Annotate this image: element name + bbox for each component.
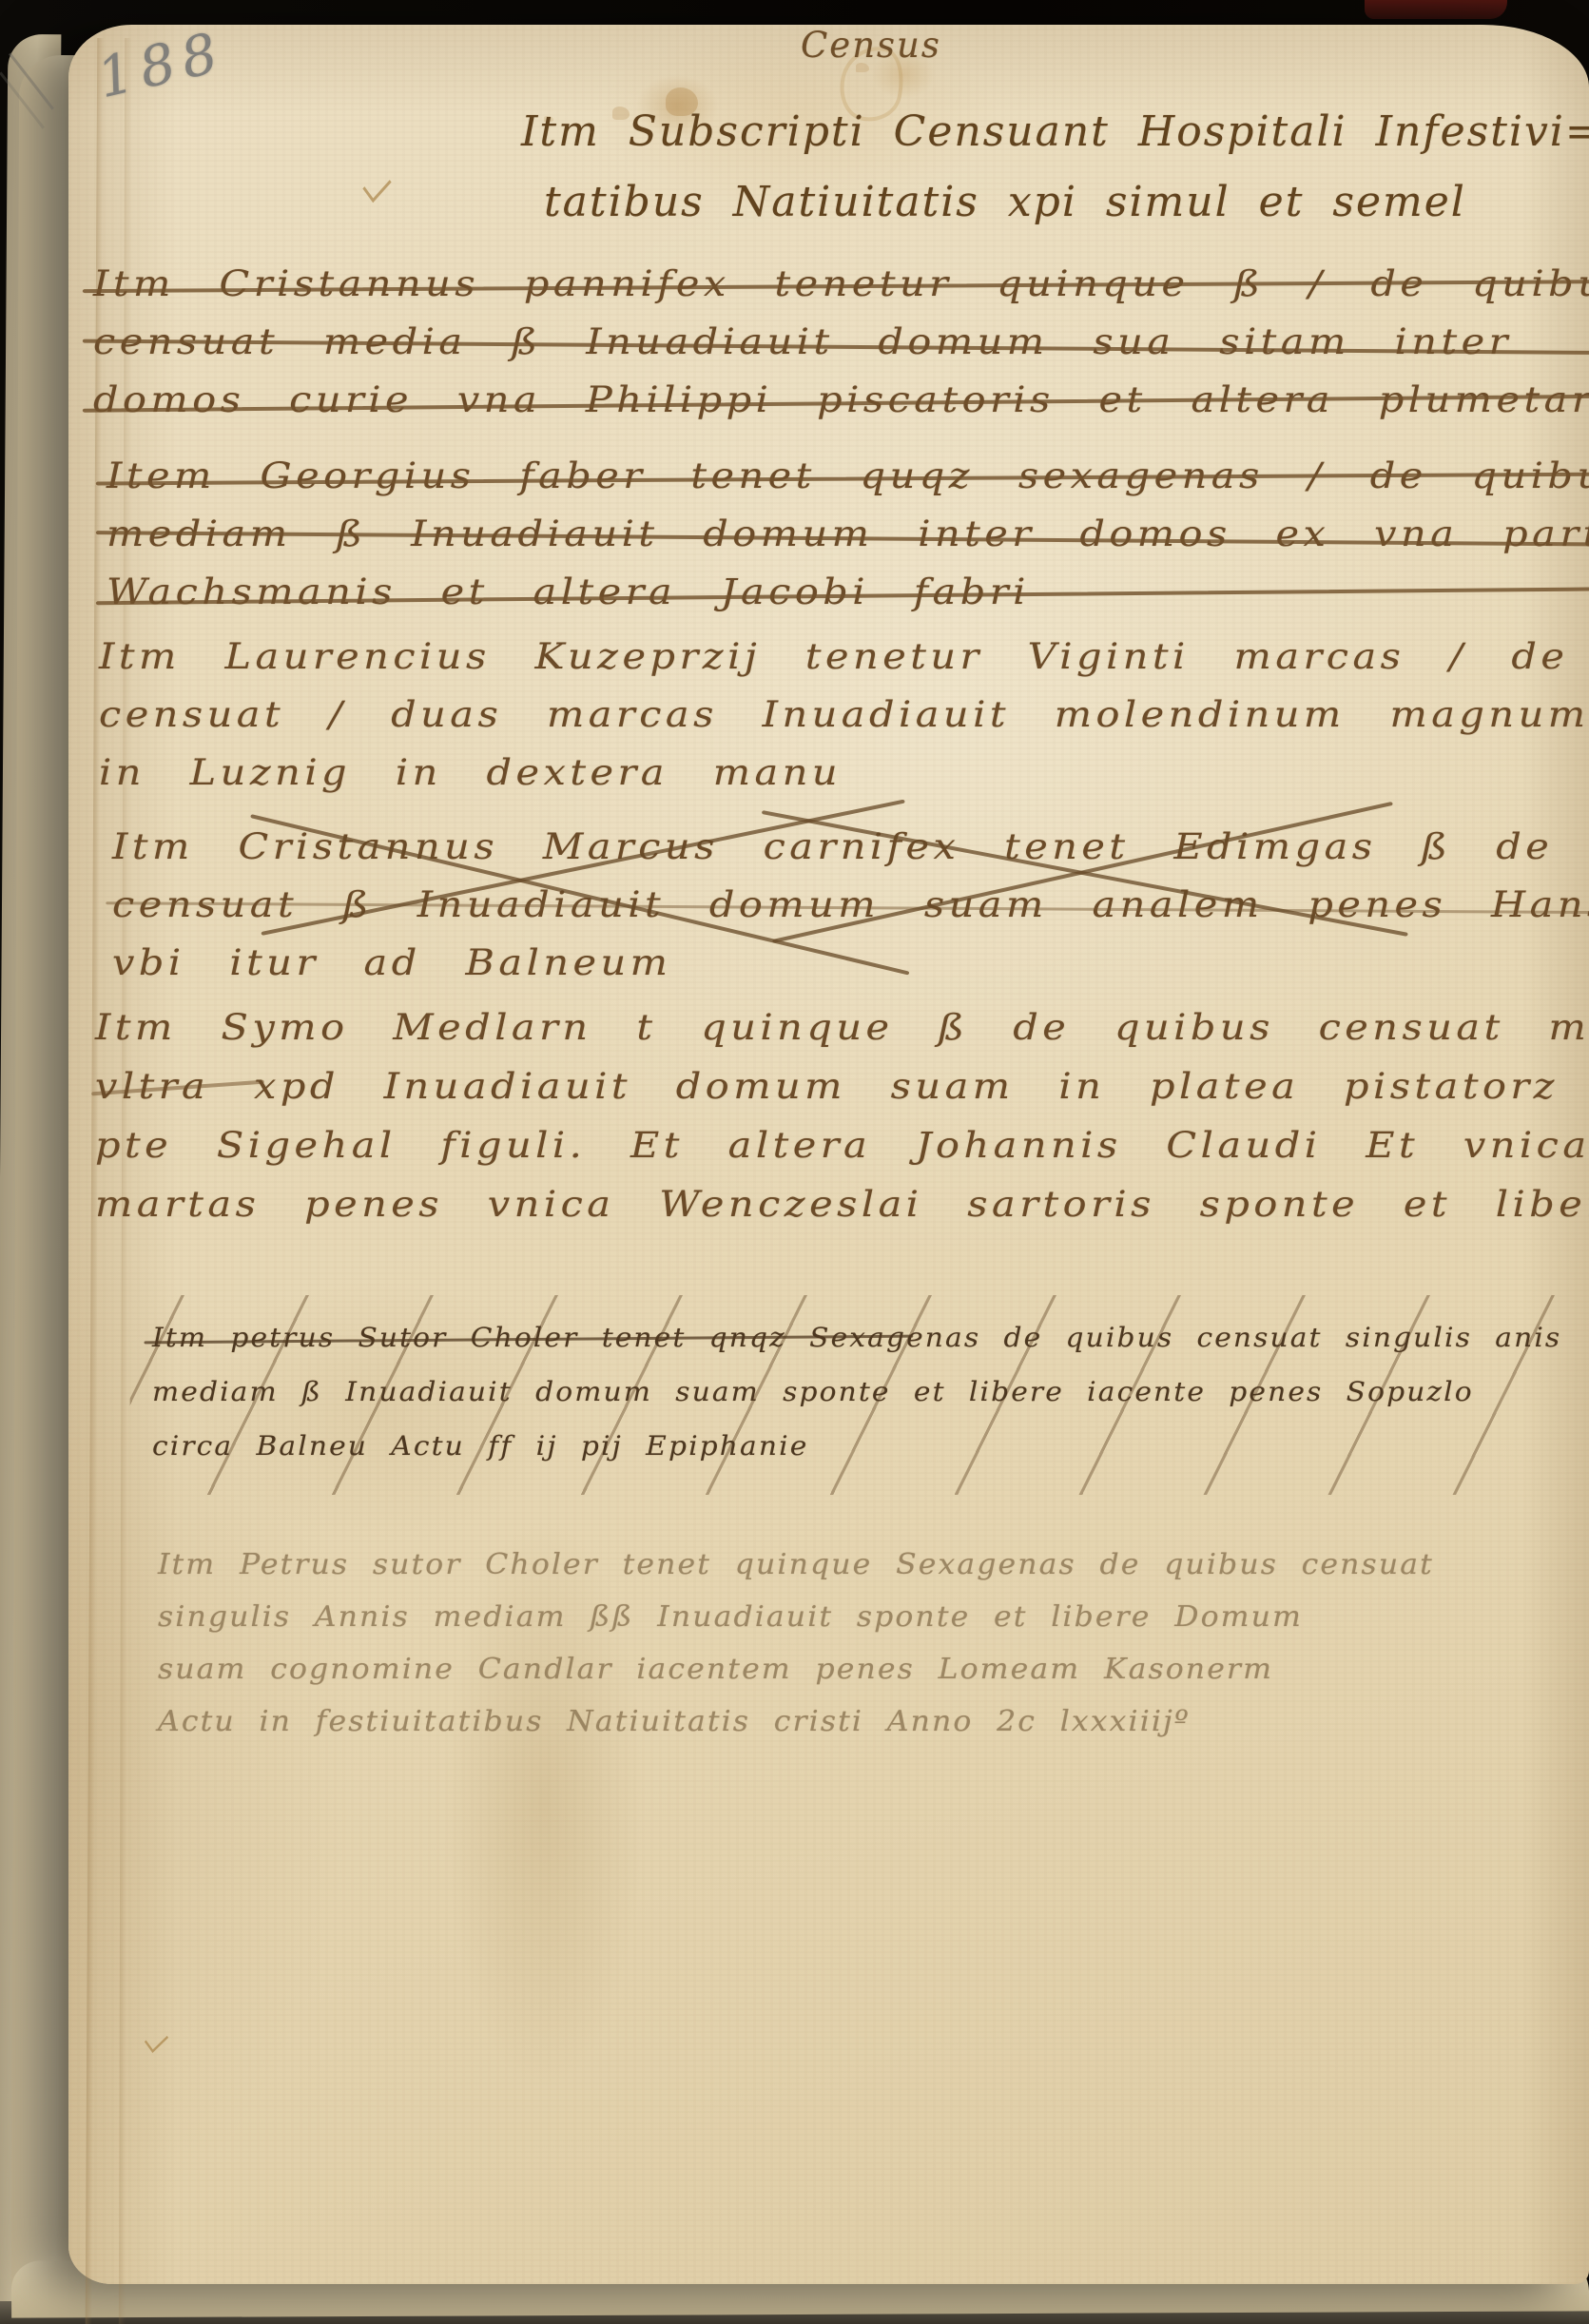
entry-line: suam cognomine Candlar iacentem penes Lo… bbox=[158, 1643, 1434, 1695]
entry-line: in Luznig in dextera manu bbox=[99, 744, 1589, 802]
census-entry-petrus-sutor-choler-cancelled: Itm petrus Sutor Choler tenet qnqz Sexag… bbox=[152, 1310, 1561, 1473]
entry-line: vbi itur ad Balneum bbox=[112, 934, 1589, 992]
entry-line: Itm Symo Medlarn t quinque ß de quibus c… bbox=[95, 998, 1589, 1057]
entry-line: Itm petrus Sutor Choler tenet qnqz Sexag… bbox=[152, 1310, 1561, 1365]
entry-line: singulis Annis mediam ßß Inuadiauit spon… bbox=[158, 1591, 1434, 1643]
entry-line: mediam ß Inuadiauit domum inter domos ex… bbox=[107, 505, 1589, 563]
census-entry-laurencius-kuzeprzij: Itm Laurencius Kuzeprzij tenetur Viginti… bbox=[99, 628, 1589, 802]
census-entry-symo-medlar: Itm Symo Medlarn t quinque ß de quibus c… bbox=[95, 998, 1589, 1234]
entry-line: Itm Cristannus pannifex tenetur quinque … bbox=[93, 255, 1589, 313]
entry-line: martas penes vnica Wenczeslai sartoris s… bbox=[95, 1175, 1589, 1234]
entry-line: Wachsmanis et altera Jacobi fabri bbox=[107, 563, 1589, 621]
running-title: Census bbox=[801, 25, 941, 66]
manuscript-photo: 188 Census Itm Subscripti Censuant Hospi… bbox=[0, 0, 1589, 2324]
census-entry-petrus-sutor-choler-rewritten: Itm Petrus sutor Choler tenet quinque Se… bbox=[158, 1539, 1434, 1748]
heading-line: tatibus Natiuitatis xpi simul et semel bbox=[521, 167, 1589, 238]
census-entry-georgius-faber: Item Georgius faber tenet quqz sexagenas… bbox=[107, 447, 1589, 621]
entry-line: Itm Laurencius Kuzeprzij tenetur Viginti… bbox=[99, 628, 1589, 686]
entry-line: Itm Petrus sutor Choler tenet quinque Se… bbox=[158, 1539, 1434, 1591]
census-entry-cristannus-pannifex: Itm Cristannus pannifex tenetur quinque … bbox=[93, 255, 1589, 429]
entry-line: circa Balneu Actu ff ij pij Epiphanie bbox=[152, 1419, 1561, 1473]
entry-line: censuat / duas marcas Inuadiauit molendi… bbox=[99, 686, 1589, 744]
entry-line: Item Georgius faber tenet quqz sexagenas… bbox=[107, 447, 1589, 505]
entry-line: domos curie vna Philippi piscatoris et a… bbox=[93, 371, 1589, 429]
entry-line: censuat media ß Inuadiauit domum sua sit… bbox=[93, 313, 1589, 371]
entry-line: vltra xpd Inuadiauit domum suam in plate… bbox=[95, 1057, 1589, 1116]
entry-line: pte Sigehal figuli. Et altera Johannis C… bbox=[95, 1116, 1589, 1175]
entry-line: mediam ß Inuadiauit domum suam sponte et… bbox=[152, 1365, 1561, 1419]
heading: Itm Subscripti Censuant Hospitali Infest… bbox=[521, 97, 1589, 238]
binding-fragment bbox=[1365, 0, 1507, 19]
entry-line: Actu in festiuitatibus Natiuitatis crist… bbox=[158, 1695, 1434, 1748]
heading-line: Itm Subscripti Censuant Hospitali Infest… bbox=[521, 97, 1589, 167]
census-entry-cristannus-marcus-carnifex: Itm Cristannus Marcus carnifex tenet Edi… bbox=[112, 818, 1589, 992]
